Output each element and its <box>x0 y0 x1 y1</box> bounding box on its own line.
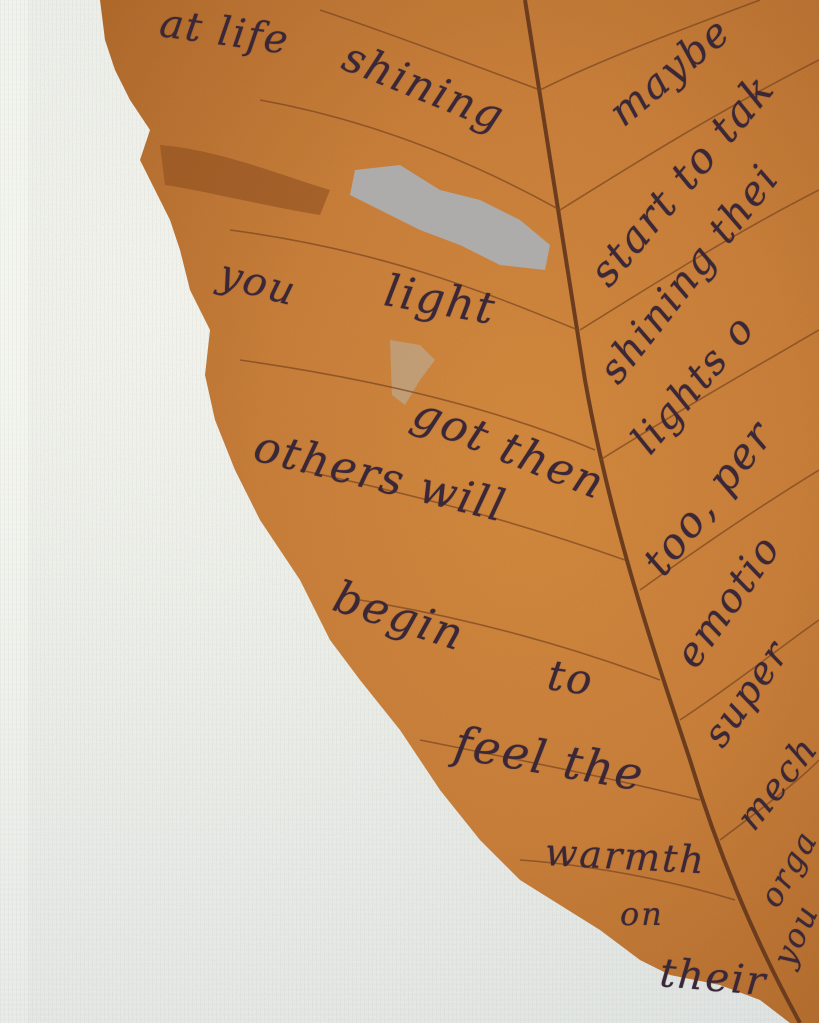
handwriting-warmth: warmth <box>544 830 707 882</box>
handwriting-to: to <box>545 650 598 705</box>
handwriting-on: on <box>620 895 664 933</box>
handwriting-their: their <box>658 950 769 1005</box>
